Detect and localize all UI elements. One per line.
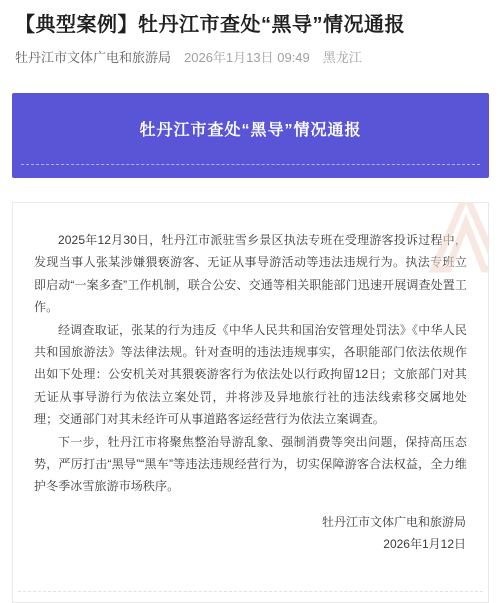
banner-title: 牡丹江市查处“黑导”情况通报 <box>12 93 489 164</box>
article-region: 黑龙江 <box>323 49 362 66</box>
article-title: 【典型案例】牡丹江市查处“黑导”情况通报 <box>15 12 485 39</box>
article-source: 牡丹江市文体广电和旅游局 <box>15 49 171 66</box>
article-header: 【典型案例】牡丹江市查处“黑导”情况通报 牡丹江市文体广电和旅游局 2026年1… <box>0 0 500 66</box>
notice-paragraph-3: 下一步，牡丹江市将聚焦整治导游乱象、强制消费等突出问题，保持高压态势，严厉打击“… <box>34 431 467 498</box>
signature-org: 牡丹江市文体广电和旅游局 <box>34 511 466 533</box>
card-bottom-dashed-divider <box>18 591 483 592</box>
notice-banner: 牡丹江市查处“黑导”情况通报 <box>12 93 489 178</box>
notice-card: 2025年12月30日，牡丹江市派驻雪乡景区执法专班在受理游客投诉过程中，发现当… <box>12 202 489 603</box>
banner-dashed-divider <box>21 164 480 165</box>
article-datetime: 2026年1月13日 09:49 <box>184 49 310 66</box>
notice-paragraph-2: 经调查取证，张某的行为违反《中华人民共和国治安管理处罚法》《中华人民共和国旅游法… <box>34 319 467 431</box>
signature-block: 牡丹江市文体广电和旅游局 2026年1月12日 <box>34 511 467 556</box>
signature-date: 2026年1月12日 <box>34 533 466 555</box>
article-meta: 牡丹江市文体广电和旅游局 2026年1月13日 09:49 黑龙江 <box>15 49 485 66</box>
notice-paragraph-1: 2025年12月30日，牡丹江市派驻雪乡景区执法专班在受理游客投诉过程中，发现当… <box>34 229 467 319</box>
article-page: 【典型案例】牡丹江市查处“黑导”情况通报 牡丹江市文体广电和旅游局 2026年1… <box>0 0 500 603</box>
